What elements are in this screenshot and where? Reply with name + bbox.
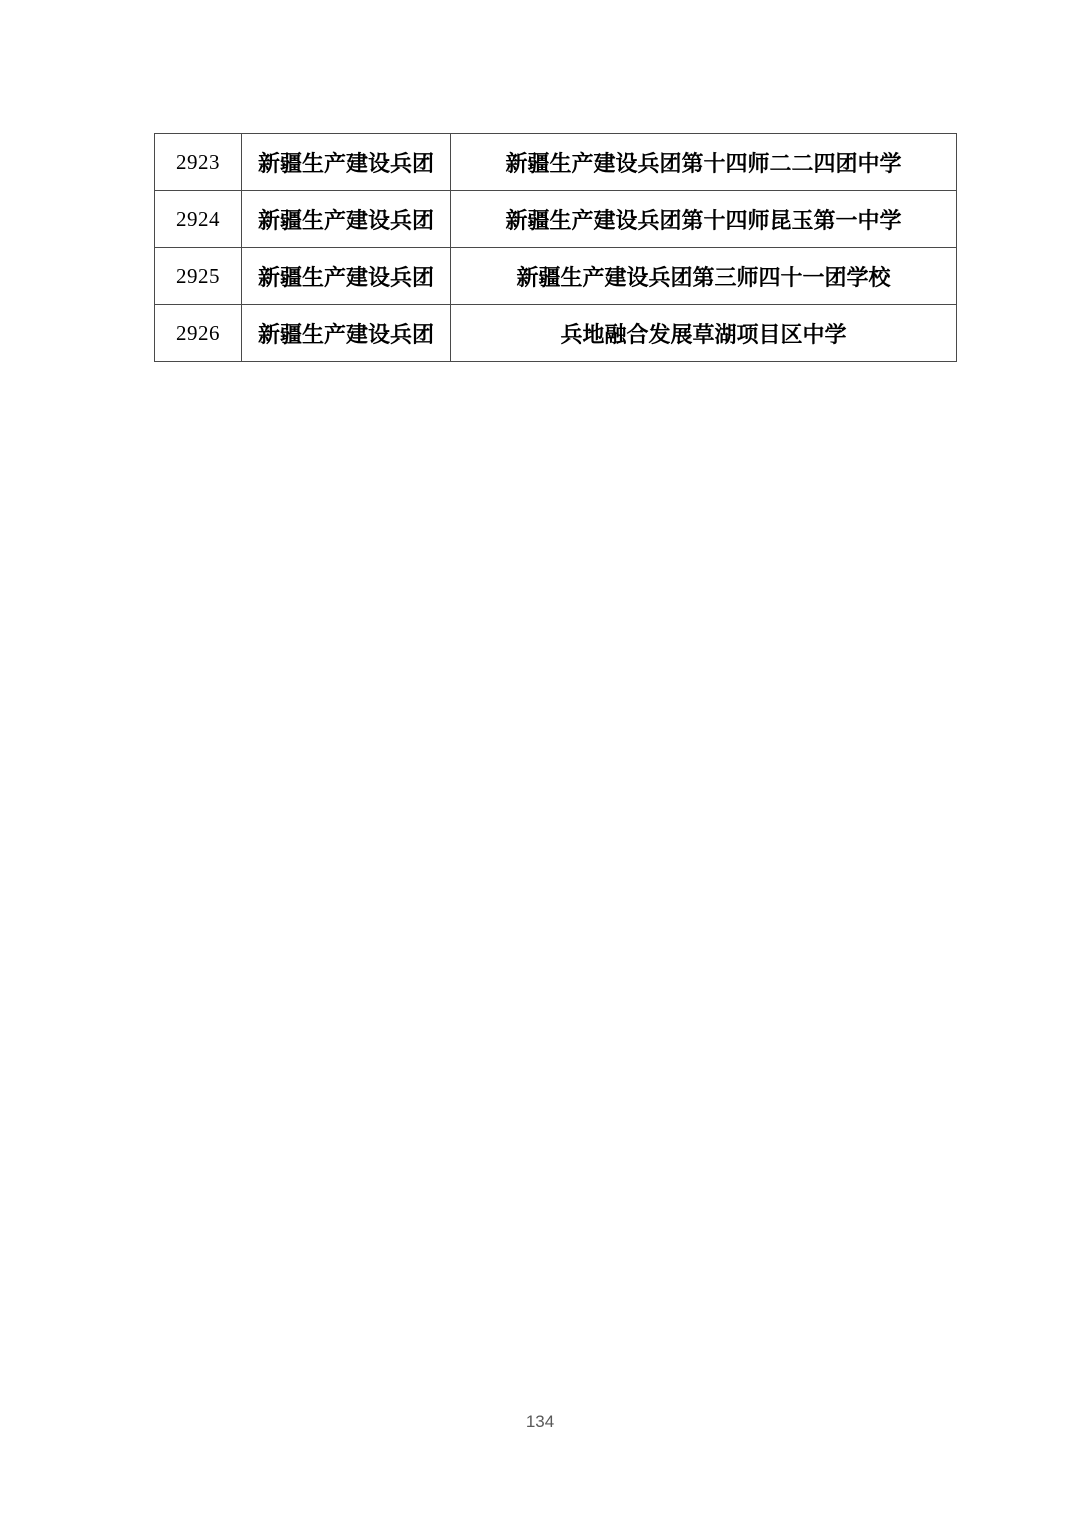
table-row: 2925 新疆生产建设兵团 新疆生产建设兵团第三师四十一团学校 <box>155 248 957 305</box>
row-number-cell: 2925 <box>155 248 242 305</box>
table-row: 2926 新疆生产建设兵团 兵地融合发展草湖项目区中学 <box>155 305 957 362</box>
row-number-cell: 2926 <box>155 305 242 362</box>
region-cell: 新疆生产建设兵团 <box>242 305 451 362</box>
table-row: 2923 新疆生产建设兵团 新疆生产建设兵团第十四师二二四团中学 <box>155 134 957 191</box>
document-page: 2923 新疆生产建设兵团 新疆生产建设兵团第十四师二二四团中学 2924 新疆… <box>0 0 1080 1527</box>
school-name-cell: 新疆生产建设兵团第三师四十一团学校 <box>451 248 957 305</box>
school-name-cell: 兵地融合发展草湖项目区中学 <box>451 305 957 362</box>
table-row: 2924 新疆生产建设兵团 新疆生产建设兵团第十四师昆玉第一中学 <box>155 191 957 248</box>
school-name-cell: 新疆生产建设兵团第十四师二二四团中学 <box>451 134 957 191</box>
school-name-cell: 新疆生产建设兵团第十四师昆玉第一中学 <box>451 191 957 248</box>
row-number-cell: 2923 <box>155 134 242 191</box>
region-cell: 新疆生产建设兵团 <box>242 248 451 305</box>
region-cell: 新疆生产建设兵团 <box>242 191 451 248</box>
row-number-cell: 2924 <box>155 191 242 248</box>
page-number: 134 <box>0 1412 1080 1432</box>
school-list-table: 2923 新疆生产建设兵团 新疆生产建设兵团第十四师二二四团中学 2924 新疆… <box>154 133 957 362</box>
region-cell: 新疆生产建设兵团 <box>242 134 451 191</box>
